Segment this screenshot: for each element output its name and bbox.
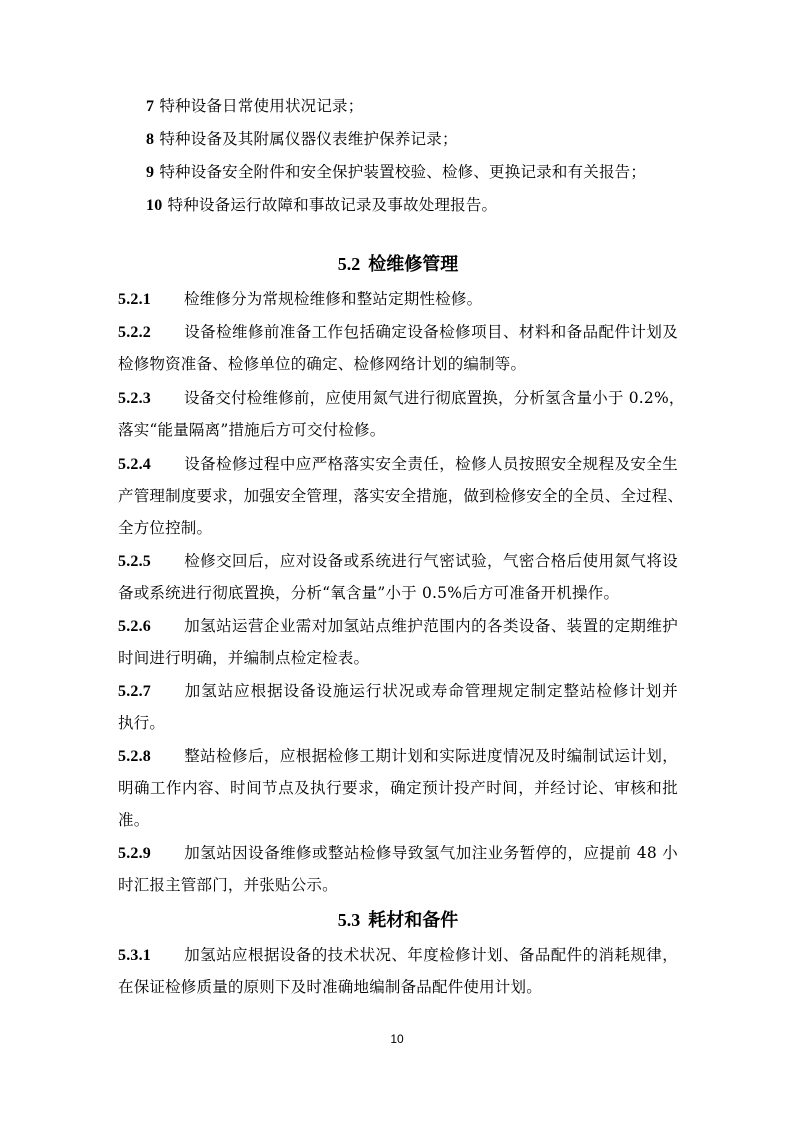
clause-number: 5.3.1	[118, 945, 184, 967]
clause-5-2-7: 5.2.7加氢站应根据设备设施运行状况或寿命管理规定制定整站检修计划并	[118, 680, 678, 703]
list-item: 10 特种设备运行故障和事故记录及事故处理报告。	[118, 194, 706, 217]
clause-number: 5.2.6	[118, 616, 184, 638]
clause-text: 加氢站应根据设备设施运行状况或寿命管理规定制定整站检修计划并	[184, 682, 678, 700]
list-item: 8 特种设备及其附属仪器仪表维护保养记录；	[118, 128, 706, 151]
clause-text: 加氢站因设备维修或整站检修导致氢气加注业务暂停的，应提前 48 小	[184, 844, 678, 862]
clause-number: 5.2.2	[118, 322, 184, 344]
list-item-number: 8	[146, 131, 154, 148]
clause-text-continued: 产管理制度要求，加强安全管理，落实安全措施，做到检修安全的全员、全过程、	[118, 485, 678, 507]
list-item: 9 特种设备安全附件和安全保护装置校验、检修、更换记录和有关报告；	[118, 161, 706, 184]
section-heading-5-2: 5.2检维修管理	[118, 252, 678, 277]
clause-5-2-3: 5.2.3设备交付检维修前，应使用氮气进行彻底置换，分析氢含量小于 0.2%，	[118, 387, 678, 410]
clause-text: 整站检修后，应根据检修工期计划和实际进度情况及时编制试运计划，	[184, 747, 678, 765]
section-number: 5.2	[338, 254, 361, 274]
list-item-number: 10	[146, 197, 162, 214]
clause-text: 加氢站应根据设备的技术状况、年度检修计划、备品配件的消耗规律，	[184, 946, 678, 964]
clause-text: 设备检维修前准备工作包括确定设备检修项目、材料和备品配件计划及	[184, 323, 678, 341]
section-title: 耗材和备件	[368, 910, 458, 931]
clause-text-continued: 全方位控制。	[118, 517, 678, 539]
clause-text-continued: 时汇报主管部门，并张贴公示。	[118, 874, 678, 896]
clause-5-2-5: 5.2.5检修交回后，应对设备或系统进行气密试验，气密合格后使用氮气将设	[118, 550, 678, 573]
section-number: 5.3	[338, 910, 361, 930]
clause-5-2-8: 5.2.8整站检修后，应根据检修工期计划和实际进度情况及时编制试运计划，	[118, 745, 678, 768]
clause-text-continued: 备或系统进行彻底置换，分析“氧含量”小于 0.5%后方可准备开机操作。	[118, 582, 678, 604]
clause-number: 5.2.1	[118, 289, 184, 311]
clause-text-continued: 准。	[118, 809, 678, 831]
clause-5-3-1: 5.3.1加氢站应根据设备的技术状况、年度检修计划、备品配件的消耗规律，	[118, 944, 678, 967]
clause-text-continued: 落实“能量隔离”措施后方可交付检修。	[118, 419, 678, 441]
clause-number: 5.2.7	[118, 681, 184, 703]
clause-text: 检维修分为常规检维修和整站定期性检修。	[184, 290, 482, 308]
clause-text: 检修交回后，应对设备或系统进行气密试验，气密合格后使用氮气将设	[184, 552, 678, 570]
list-item-text: 特种设备及其附属仪器仪表维护保养记录；	[159, 130, 457, 148]
clause-number: 5.2.8	[118, 746, 184, 768]
list-item-text: 特种设备日常使用状况记录；	[159, 97, 363, 115]
clause-text: 加氢站运营企业需对加氢站点维护范围内的各类设备、装置的定期维护	[184, 617, 678, 635]
list-item-text: 特种设备安全附件和安全保护装置校验、检修、更换记录和有关报告；	[159, 163, 646, 181]
list-item: 7 特种设备日常使用状况记录；	[118, 95, 706, 118]
clause-5-2-4: 5.2.4设备检修过程中应严格落实安全责任，检修人员按照安全规程及安全生	[118, 453, 678, 476]
clause-text: 设备交付检维修前，应使用氮气进行彻底置换，分析氢含量小于 0.2%，	[184, 389, 685, 407]
clause-5-2-9: 5.2.9加氢站因设备维修或整站检修导致氢气加注业务暂停的，应提前 48 小	[118, 842, 678, 865]
clause-number: 5.2.5	[118, 551, 184, 573]
clause-number: 5.2.3	[118, 388, 184, 410]
clause-number: 5.2.9	[118, 843, 184, 865]
section-heading-5-3: 5.3耗材和备件	[118, 908, 678, 933]
clause-text-continued: 检修物资准备、检修单位的确定、检修网络计划的编制等。	[118, 353, 678, 375]
section-title: 检维修管理	[368, 254, 458, 275]
list-item-number: 7	[146, 98, 154, 115]
clause-5-2-2: 5.2.2设备检维修前准备工作包括确定设备检修项目、材料和备品配件计划及	[118, 321, 678, 344]
clause-number: 5.2.4	[118, 454, 184, 476]
clause-5-2-1: 5.2.1检维修分为常规检维修和整站定期性检修。	[118, 288, 678, 311]
page-number: 10	[0, 1032, 794, 1046]
clause-text-continued: 执行。	[118, 712, 678, 734]
clause-text-continued: 时间进行明确，并编制点检定检表。	[118, 647, 678, 669]
clause-text-continued: 明确工作内容、时间节点及执行要求，确定预计投产时间，并经讨论、审核和批	[118, 777, 678, 799]
clause-text: 设备检修过程中应严格落实安全责任，检修人员按照安全规程及安全生	[184, 455, 678, 473]
list-item-number: 9	[146, 164, 154, 181]
list-item-text: 特种设备运行故障和事故记录及事故处理报告。	[168, 196, 498, 214]
clause-text-continued: 在保证检修质量的原则下及时准确地编制备品配件使用计划。	[118, 976, 678, 998]
clause-5-2-6: 5.2.6加氢站运营企业需对加氢站点维护范围内的各类设备、装置的定期维护	[118, 615, 678, 638]
